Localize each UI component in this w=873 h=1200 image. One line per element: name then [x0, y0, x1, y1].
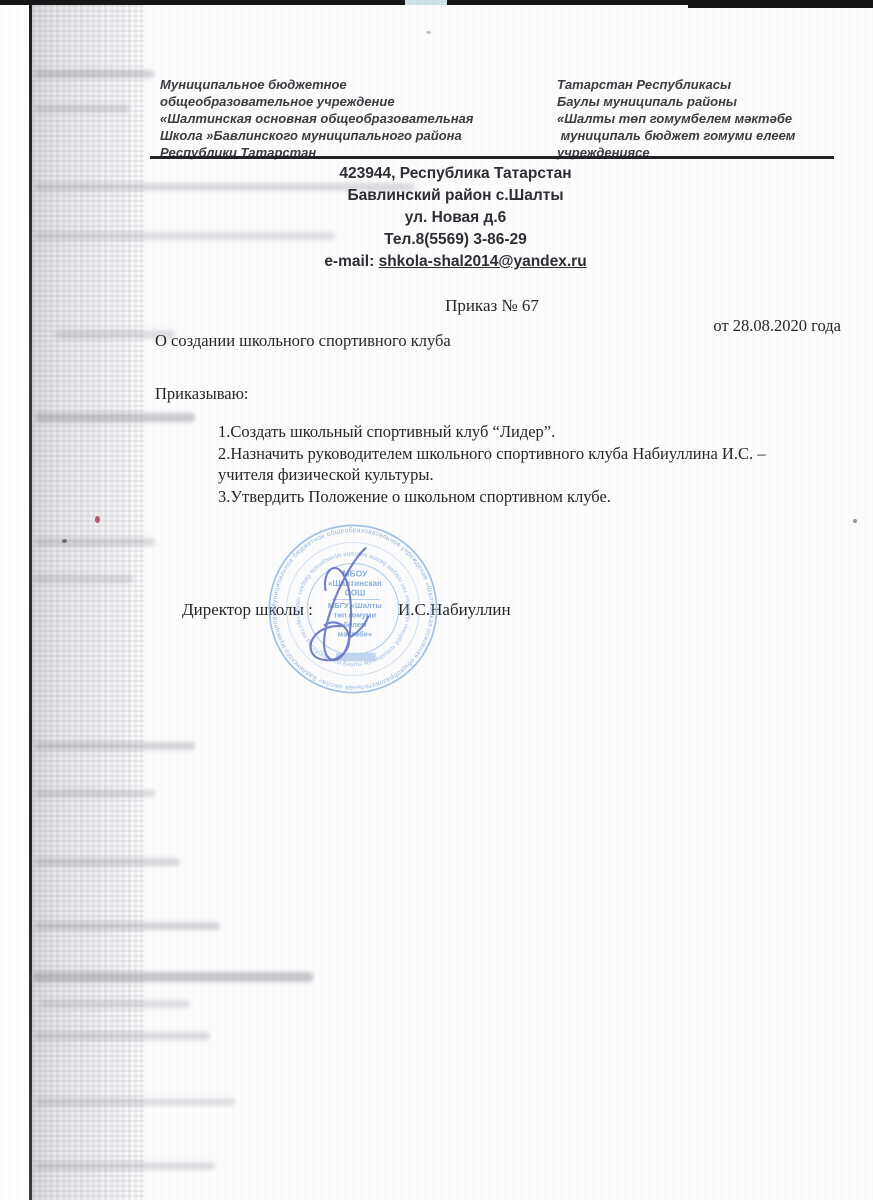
scan-left-margin [0, 5, 29, 1200]
contact-block: 423944, Республика Татарстан Бавлинский … [128, 163, 783, 273]
scan-smudge [35, 538, 155, 546]
contact-address-line: Бавлинский район с.Шалты [128, 185, 783, 207]
scan-speck [426, 31, 431, 34]
scanned-order-page: Муниципальное бюджетное общеобразователь… [0, 0, 873, 1200]
letterhead-line: Школа »Бавлинского муниципального района [160, 127, 560, 144]
order-date: от 28.08.2020 года [500, 316, 841, 336]
letterhead-line: «Шалтинская основная общеобразовательная [160, 110, 560, 127]
scan-smudge [35, 413, 195, 422]
email-address: shkola-shal2014@yandex.ru [379, 253, 587, 270]
order-items: 1.Создать школьный спортивный клуб “Лиде… [218, 421, 822, 507]
scan-smudge [35, 922, 220, 930]
order-subject: О создании школьного спортивного клуба [155, 331, 451, 351]
official-stamp: Муниципальное бюджетное общеобразователь… [258, 514, 448, 704]
scan-smudge [35, 1098, 235, 1106]
contact-email-line: e-mail: shkola-shal2014@yandex.ru [128, 251, 783, 273]
scan-smudge [35, 1032, 210, 1040]
letterhead-russian: Муниципальное бюджетное общеобразователь… [160, 76, 560, 161]
scan-smudge [35, 742, 195, 750]
scan-top-edge-gap [405, 0, 447, 5]
stamp-center-line: ООШ [345, 589, 366, 598]
stamp-center-line: төп гомуми [334, 611, 377, 620]
stamp-center-text: МБОУ «Шалтинская ООШ МБГУ «Шалты төп гом… [328, 569, 382, 639]
order-item-3: 3.Утвердить Положение о школьном спортив… [218, 486, 822, 508]
scan-smudge [34, 105, 129, 112]
contact-address-line: 423944, Республика Татарстан [128, 163, 783, 185]
order-item-1: 1.Создать школьный спортивный клуб “Лиде… [218, 421, 822, 443]
email-label: e-mail: [324, 253, 378, 270]
scan-smudge [33, 972, 313, 982]
scan-smudge [35, 858, 180, 866]
scan-smudge [33, 575, 133, 583]
scan-smudge [35, 790, 155, 797]
order-directive: Приказываю: [155, 384, 249, 404]
letterhead-line: «Шалты төп гомумбелем мәктәбе [557, 110, 857, 127]
scan-smudge [34, 70, 154, 78]
letterhead-tatar: Татарстан Республикасы Баулы муниципаль … [557, 76, 857, 161]
scan-speck [853, 519, 857, 523]
letterhead-divider [150, 156, 834, 159]
scan-speck [95, 516, 100, 523]
scan-smudge [35, 1162, 215, 1170]
contact-phone: Тел.8(5569) 3-86-29 [128, 229, 783, 251]
letterhead-line: Баулы муниципаль районы [557, 93, 857, 110]
letterhead-line: Татарстан Республикасы [557, 76, 857, 93]
letterhead-line: общеобразовательное учреждение [160, 93, 560, 110]
scan-top-edge-thick [688, 0, 873, 8]
stamp-center-line: МБГУ «Шалты [328, 601, 382, 610]
order-title: Приказ № 67 [150, 296, 834, 316]
stamp-center-line: «Шалтинская [328, 579, 382, 588]
letterhead-line: Муниципальное бюджетное [160, 76, 560, 93]
scan-smudge [40, 1000, 190, 1008]
scan-speck [62, 539, 67, 543]
contact-address-line: ул. Новая д.6 [128, 207, 783, 229]
order-item-2: 2.Назначить руководителем школьного спор… [218, 443, 822, 486]
letterhead-line: муниципаль бюджет гомуми елеем [557, 127, 857, 144]
